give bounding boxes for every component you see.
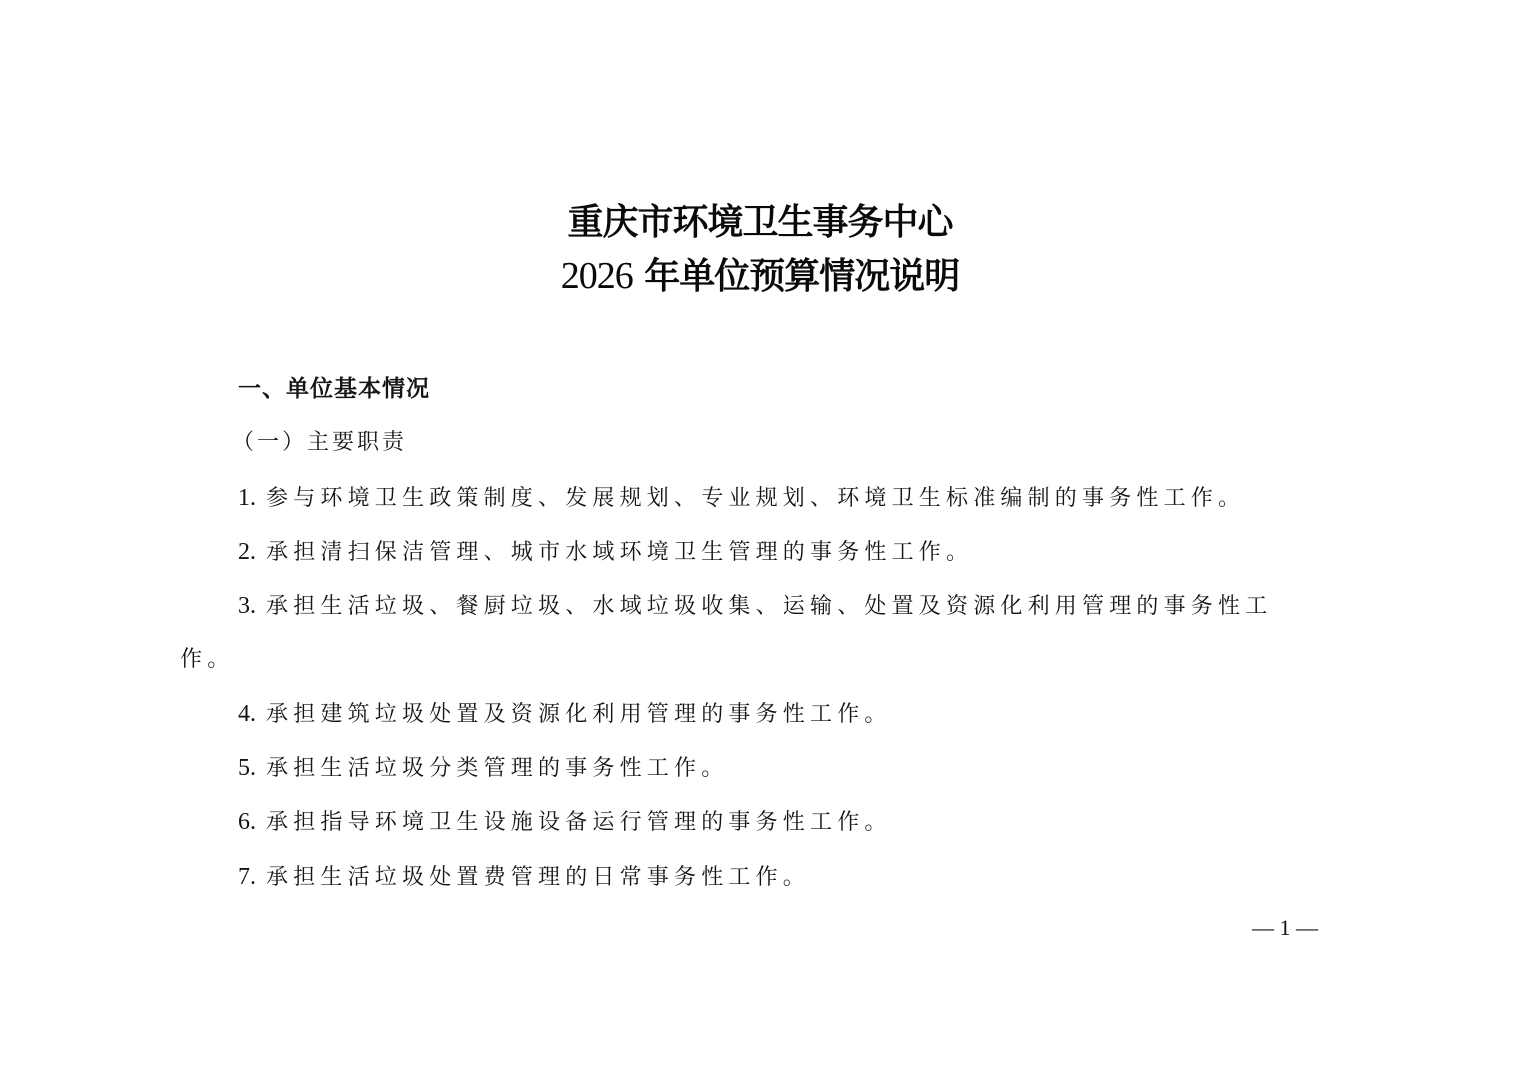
duty-item: 2.承担清扫保洁管理、城市水域环境卫生管理的事务性工作。 — [238, 537, 973, 568]
document-title-line-1: 重庆市环境卫生事务中心 — [0, 202, 1520, 242]
document-title-line-2: 2026 年单位预算情况说明 — [0, 256, 1520, 296]
duty-number: 1. — [238, 485, 256, 511]
duty-text: 承担生活垃圾、餐厨垃圾、水域垃圾收集、运输、处置及资源化利用管理的事务性工 — [266, 594, 1272, 619]
duty-item: 1.参与环境卫生政策制度、发展规划、专业规划、环境卫生标准编制的事务性工作。 — [238, 483, 1245, 514]
duty-number: 2. — [238, 539, 256, 565]
duty-item: 6.承担指导环境卫生设施设备运行管理的事务性工作。 — [238, 807, 892, 838]
duty-text: 承担生活垃圾处置费管理的日常事务性工作。 — [266, 865, 810, 890]
page-number: — 1 — — [1252, 914, 1318, 942]
duty-text: 参与环境卫生政策制度、发展规划、专业规划、环境卫生标准编制的事务性工作。 — [266, 486, 1245, 511]
duty-item: 5.承担生活垃圾分类管理的事务性工作。 — [238, 753, 728, 784]
document-title-line-2-text: 年单位预算情况说明 — [633, 255, 960, 297]
duty-item: 4.承担建筑垃圾处置及资源化利用管理的事务性工作。 — [238, 699, 892, 730]
duty-number: 6. — [238, 809, 256, 835]
subsection-heading-main-duties: （一）主要职责 — [232, 428, 407, 458]
duty-text: 承担指导环境卫生设施设备运行管理的事务性工作。 — [266, 810, 892, 835]
duty-item-continuation: 作。 — [180, 645, 234, 675]
budget-year: 2026 — [561, 255, 633, 297]
duty-number: 3. — [238, 593, 256, 619]
duty-text: 承担建筑垃圾处置及资源化利用管理的事务性工作。 — [266, 702, 892, 727]
duty-item: 3.承担生活垃圾、餐厨垃圾、水域垃圾收集、运输、处置及资源化利用管理的事务性工 — [238, 591, 1272, 622]
duty-number: 7. — [238, 864, 256, 890]
duty-text: 承担生活垃圾分类管理的事务性工作。 — [266, 756, 728, 781]
duty-item: 7.承担生活垃圾处置费管理的日常事务性工作。 — [238, 862, 810, 893]
duty-number: 4. — [238, 701, 256, 727]
duty-text: 承担清扫保洁管理、城市水域环境卫生管理的事务性工作。 — [266, 540, 973, 565]
section-heading-basic-info: 一、单位基本情况 — [238, 374, 430, 404]
duty-number: 5. — [238, 755, 256, 781]
document-page: 重庆市环境卫生事务中心 2026 年单位预算情况说明 一、单位基本情况 （一）主… — [0, 0, 1520, 1074]
